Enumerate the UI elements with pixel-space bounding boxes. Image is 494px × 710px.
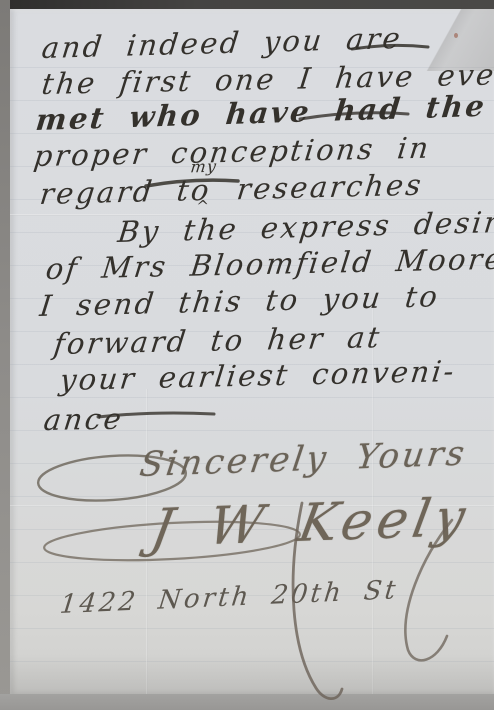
photo-edge-top [0,0,494,9]
letter-closing: Sincerely Yours [137,433,470,485]
letter-line-5: regard toresearches my ^ [38,168,425,211]
letter-line-5-left: regard to [38,173,213,211]
photo-edge-bottom [0,694,494,710]
letter-line-8: I send this to you to [38,279,441,323]
letter-line-5-right: researches [235,168,425,207]
letter-line-11: ance [42,402,126,437]
photo-edge-left [0,0,10,710]
letter-paper: and indeed you are the first one I have … [10,9,494,694]
paper-shadow-bottom [10,654,494,694]
letter-photo: and indeed you are the first one I have … [0,0,494,710]
signature: J W Keely [147,488,475,559]
sender-address: 1422 North 20th St [58,575,400,620]
letter-line-4: proper conceptions in [32,131,433,173]
fold-crease-vertical-1 [146,389,148,694]
letter-line-1: and indeed you are [40,21,404,65]
inserted-word: my [190,157,218,177]
letter-line-9: forward to her at [52,320,384,361]
letter-line-10: your earliest conveni- [58,354,458,397]
paper-stain [454,33,458,38]
insertion-gap [210,199,236,200]
